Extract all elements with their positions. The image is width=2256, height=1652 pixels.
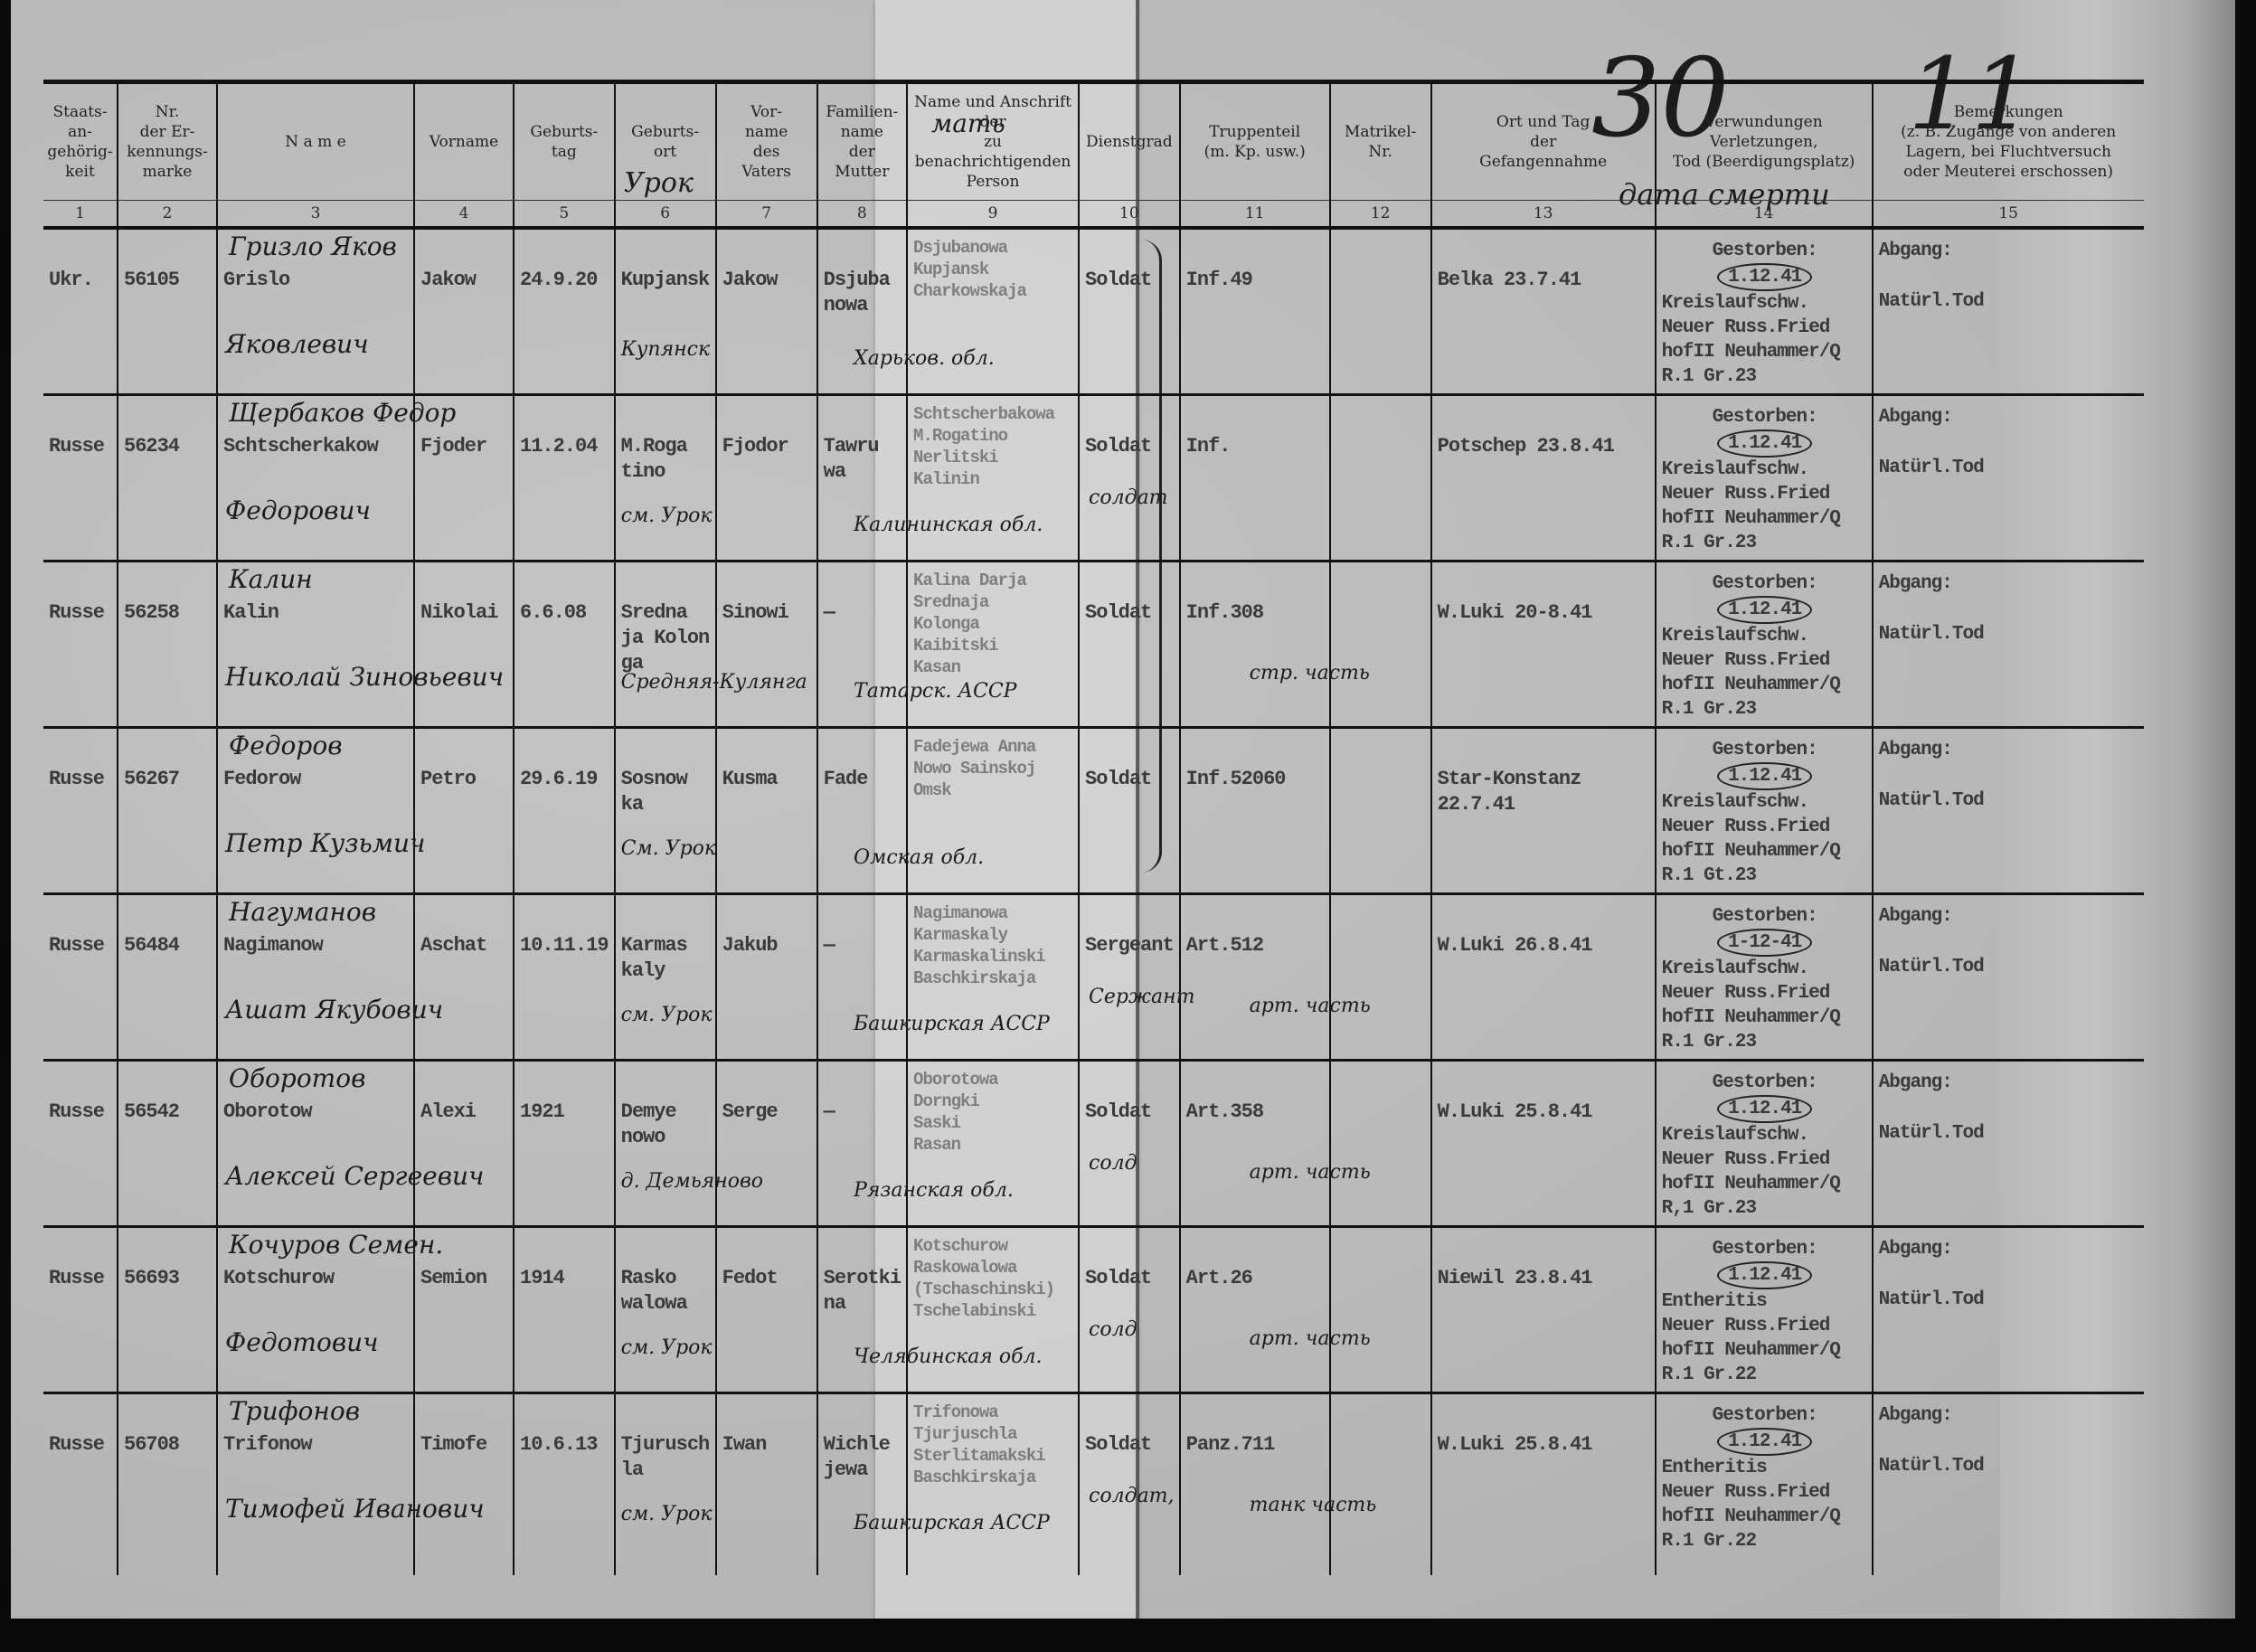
contact-person-cell-text: Dsjubanowa Kupjansk Charkowskaja xyxy=(908,230,1078,302)
matrikel-cell-text xyxy=(1331,1062,1430,1100)
mother-name-cell-text: Tawru wa xyxy=(818,396,906,485)
rank-cell-text: Soldat xyxy=(1080,1062,1179,1125)
burial-place: Neuer Russ.Fried hofII Neuhammer/Q R.1 G… xyxy=(1662,316,1868,389)
mother-name-cell-text: Fade xyxy=(818,729,906,792)
remarks-cell: Abgang:Natürl.Tod xyxy=(1873,893,2144,1060)
handwritten-surname: Калин xyxy=(229,564,313,594)
column-header-13: Ort und Tag der Gefangennahme xyxy=(1431,82,1656,201)
remark-text: Natürl.Tod xyxy=(1879,1121,2138,1147)
burial-place: Neuer Russ.Fried hofII Neuhammer/Q R.1 G… xyxy=(1662,648,1868,722)
matrikel-cell-text xyxy=(1331,396,1430,434)
surname-cell: NagimanowНагумановАшат Якубович xyxy=(217,893,414,1060)
death-date: 1-12-41 xyxy=(1717,929,1812,957)
contact-person-cell-text: Fadejewa Anna Nowo Sainskoj Omsk xyxy=(908,729,1078,801)
birth-place-cell-text: Demye nowo xyxy=(616,1062,715,1150)
nationality-cell-text: Russe xyxy=(43,396,117,459)
birth-date-cell-text: 10.11.19 xyxy=(514,895,614,958)
handwritten-patronymic: Федорович xyxy=(225,496,371,525)
nationality-cell: Ukr. xyxy=(43,228,118,394)
first-name-cell: Nikolai xyxy=(414,561,514,727)
tag-number-cell-text: 56105 xyxy=(118,230,216,293)
handwritten-region: Челябинская обл. xyxy=(854,1345,1043,1368)
unit-cell-text: Inf.52060 xyxy=(1181,729,1329,792)
column-header-12: Matrikel- Nr. xyxy=(1330,82,1431,201)
tag-number-cell: 56708 xyxy=(118,1392,217,1575)
remark-label: Abgang: xyxy=(1879,239,2138,264)
birth-place-cell: Karmas kalyсм. Урок xyxy=(615,893,716,1060)
capture-cell-text: W.Luki 20-8.41 xyxy=(1432,562,1655,626)
matrikel-cell-text xyxy=(1331,562,1430,600)
unit-cell: Panz.711 xyxy=(1180,1392,1330,1575)
nationality-cell: Russe xyxy=(43,727,118,893)
column-number-5: 5 xyxy=(514,201,615,229)
contact-person-cell: Kalina Darja Srednaja Kolonga Kaibitski … xyxy=(907,561,1079,727)
birth-date-cell: 29.6.19 xyxy=(514,727,615,893)
remarks-cell: Abgang:Natürl.Tod xyxy=(1873,394,2144,561)
birth-place-cell-text: Kupjansk xyxy=(616,230,715,293)
birth-place-cell: KupjanskКупянск xyxy=(615,228,716,394)
first-name-cell-text: Nikolai xyxy=(415,562,513,626)
capture-cell-text: W.Luki 25.8.41 xyxy=(1432,1062,1655,1125)
birth-place-cell: Demye nowoд. Демьяново xyxy=(615,1060,716,1226)
death-date: 1.12.41 xyxy=(1717,1428,1812,1456)
father-name-cell: Fedot xyxy=(716,1226,817,1392)
death-label: Gestorben: xyxy=(1662,239,1868,263)
remark-label: Abgang: xyxy=(1879,571,2138,597)
surname-cell: FedorowФедоровПетр Кузьмич xyxy=(217,727,414,893)
capture-cell-text: Niewil 23.8.41 xyxy=(1432,1228,1655,1291)
first-name-cell-text: Jakow xyxy=(415,230,513,293)
tag-number-cell: 56693 xyxy=(118,1226,217,1392)
contact-person-cell: Kotschurow Raskowalowa (Tschaschinski) T… xyxy=(907,1226,1079,1392)
column-number-8: 8 xyxy=(817,201,907,229)
first-name-cell: Petro xyxy=(414,727,514,893)
remarks-cell: Abgang:Natürl.Tod xyxy=(1873,1060,2144,1226)
rank-cell-text: Soldat xyxy=(1080,396,1179,459)
handwritten-birth-place: Купянск xyxy=(621,338,710,361)
contact-person-cell: Trifonowa Tjurjuschla Sterlitamakski Bas… xyxy=(907,1392,1079,1575)
contact-person-cell-text: Schtscherbakowa M.Rogatino Nerlitski Kal… xyxy=(908,396,1078,490)
handwritten-region: Омская обл. xyxy=(854,846,984,869)
table-row: Russe56484NagimanowНагумановАшат Якубови… xyxy=(43,893,2144,1060)
remarks-cell: Abgang:Natürl.Tod xyxy=(1873,1226,2144,1392)
mother-name-cell-text: — xyxy=(818,1062,906,1125)
column-header-3: N a m e xyxy=(217,82,414,201)
nationality-cell: Russe xyxy=(43,1060,118,1226)
surname-cell: OborotowОборотовАлексей Сергеевич xyxy=(217,1060,414,1226)
surname-cell: TrifonowТрифоновТимофей Иванович xyxy=(217,1392,414,1575)
handwritten-birth-place: См. Урок xyxy=(621,837,716,860)
handwritten-patronymic: Ашат Якубович xyxy=(225,995,443,1024)
column-header-2: Nr. der Er- kennungs- marke xyxy=(118,82,217,201)
rank-cell: Soldatсолдат xyxy=(1079,394,1180,561)
handwritten-surname: Трифонов xyxy=(229,1396,360,1426)
rank-cell: Soldat xyxy=(1079,727,1180,893)
handwritten-patronymic: Петр Кузьмич xyxy=(225,828,425,858)
nationality-cell: Russe xyxy=(43,893,118,1060)
death-date: 1.12.41 xyxy=(1717,596,1812,624)
capture-cell: W.Luki 20-8.41 xyxy=(1431,561,1656,727)
birth-place-cell-text: M.Roga tino xyxy=(616,396,715,485)
nationality-cell: Russe xyxy=(43,1392,118,1575)
death-cause: Entheritis xyxy=(1662,1289,1868,1314)
tag-number-cell-text: 56234 xyxy=(118,396,216,459)
death-info-cell: Gestorben:1.12.41Kreislaufschw.Neuer Rus… xyxy=(1656,228,1873,394)
matrikel-cell: стр. часть xyxy=(1330,561,1431,727)
unit-cell-text: Art.358 xyxy=(1181,1062,1329,1125)
death-info-cell: Gestorben:1.12.41EntheritisNeuer Russ.Fr… xyxy=(1656,1392,1873,1575)
rank-cell-text: Soldat xyxy=(1080,1394,1179,1458)
unit-cell: Art.358 xyxy=(1180,1060,1330,1226)
matrikel-cell: танк часть xyxy=(1330,1392,1431,1575)
table-row: Russe56267FedorowФедоровПетр КузьмичPetr… xyxy=(43,727,2144,893)
column-header-1: Staats- an- gehörig- keit xyxy=(43,82,118,201)
matrikel-cell: арт. часть xyxy=(1330,1226,1431,1392)
capture-cell: Star-Konstanz 22.7.41 xyxy=(1431,727,1656,893)
birth-date-cell: 10.11.19 xyxy=(514,893,615,1060)
matrikel-cell-text xyxy=(1331,895,1430,933)
father-name-cell-text: Fedot xyxy=(717,1228,817,1291)
contact-person-cell-text: Nagimanowa Karmaskaly Karmaskalinski Bas… xyxy=(908,895,1078,989)
death-info-cell: Gestorben:1.12.41EntheritisNeuer Russ.Fr… xyxy=(1656,1226,1873,1392)
tag-number-cell-text: 56693 xyxy=(118,1228,216,1291)
capture-cell: W.Luki 26.8.41 xyxy=(1431,893,1656,1060)
rank-cell: Soldatсолд xyxy=(1079,1060,1180,1226)
death-date: 1.12.41 xyxy=(1717,762,1812,790)
unit-cell: Art.26 xyxy=(1180,1226,1330,1392)
unit-cell-text: Panz.711 xyxy=(1181,1394,1329,1458)
contact-person-cell-text: Kotschurow Raskowalowa (Tschaschinski) T… xyxy=(908,1228,1078,1322)
table-row: Russe56693KotschurowКочуров Семен.Федото… xyxy=(43,1226,2144,1392)
table-row: Ukr.56105GrisloГризло ЯковЯковлевичJakow… xyxy=(43,228,2144,394)
column-header-15: Bemerkungen (z. B. Zugänge von anderen L… xyxy=(1873,82,2144,201)
column-number-row: 123456789101112131415 xyxy=(43,201,2144,229)
column-header-11: Truppenteil (m. Kp. usw.) xyxy=(1180,82,1330,201)
birth-place-cell: Rasko walowaсм. Урок xyxy=(615,1226,716,1392)
father-name-cell-text: Jakow xyxy=(717,230,817,293)
handwritten-surname: Оборотов xyxy=(229,1063,365,1093)
handwritten-unit: арт. часть xyxy=(1250,1327,1371,1350)
surname-cell: KotschurowКочуров Семен.Федотович xyxy=(217,1226,414,1392)
father-name-cell: Kusma xyxy=(716,727,817,893)
mother-name-cell-text: Wichle jewa xyxy=(818,1394,906,1483)
tag-number-cell-text: 56542 xyxy=(118,1062,216,1125)
burial-place: Neuer Russ.Fried hofII Neuhammer/Q R.1 G… xyxy=(1662,482,1868,555)
death-date: 1.12.41 xyxy=(1717,430,1812,458)
surname-cell: KalinКалинНиколай Зиновьевич xyxy=(217,561,414,727)
nationality-cell-text: Ukr. xyxy=(43,230,117,293)
birth-date-cell-text: 1914 xyxy=(514,1228,614,1291)
death-label: Gestorben: xyxy=(1662,571,1868,596)
prisoner-ledger-table: Staats- an- gehörig- keitNr. der Er- ken… xyxy=(43,80,2144,1575)
matrikel-cell-text xyxy=(1331,1228,1430,1266)
capture-cell-text: W.Luki 26.8.41 xyxy=(1432,895,1655,958)
capture-cell-text: Potschep 23.8.41 xyxy=(1432,396,1655,459)
column-header-8: Familien- name der Mutter xyxy=(817,82,907,201)
birth-date-cell-text: 29.6.19 xyxy=(514,729,614,792)
mother-name-cell-text: — xyxy=(818,895,906,958)
birth-place-cell-text: Rasko walowa xyxy=(616,1228,715,1317)
remark-text: Natürl.Tod xyxy=(1879,456,2138,481)
nationality-cell-text: Russe xyxy=(43,1228,117,1291)
unit-cell-text: Art.26 xyxy=(1181,1228,1329,1291)
father-name-cell-text: Kusma xyxy=(717,729,817,792)
nationality-cell-text: Russe xyxy=(43,562,117,626)
column-number-15: 15 xyxy=(1873,201,2144,229)
father-name-cell: Jakub xyxy=(716,893,817,1060)
handwritten-unit: танк часть xyxy=(1250,1494,1377,1516)
rank-cell: Soldatсолдат, xyxy=(1079,1392,1180,1575)
column-header-9: Name und Anschrift der zu benachrichtige… xyxy=(907,82,1079,201)
column-header-6: Geburts- ort xyxy=(615,82,716,201)
matrikel-cell xyxy=(1330,394,1431,561)
father-name-cell-text: Jakub xyxy=(717,895,817,958)
first-name-cell: Semion xyxy=(414,1226,514,1392)
remark-text: Natürl.Tod xyxy=(1879,955,2138,980)
column-header-14: Verwundungen Verletzungen, Tod (Beerdigu… xyxy=(1656,82,1873,201)
contact-person-cell-text: Trifonowa Tjurjuschla Sterlitamakski Bas… xyxy=(908,1394,1078,1488)
contact-person-cell: Oborotowa Dorngki Saski RasanРязанская о… xyxy=(907,1060,1079,1226)
death-label: Gestorben: xyxy=(1662,738,1868,762)
remark-text: Natürl.Tod xyxy=(1879,1288,2138,1313)
first-name-cell-text: Petro xyxy=(415,729,513,792)
death-label: Gestorben: xyxy=(1662,405,1868,430)
first-name-cell-text: Alexi xyxy=(415,1062,513,1125)
remark-label: Abgang: xyxy=(1879,1403,2138,1429)
handwritten-patronymic: Федотович xyxy=(225,1327,379,1357)
remarks-cell: Abgang:Natürl.Tod xyxy=(1873,727,2144,893)
birth-date-cell-text: 24.9.20 xyxy=(514,230,614,293)
death-date: 1.12.41 xyxy=(1717,263,1812,291)
handwritten-region: Татарск. АССР xyxy=(854,680,1016,703)
column-header-5: Geburts- tag xyxy=(514,82,615,201)
remark-text: Natürl.Tod xyxy=(1879,289,2138,315)
father-name-cell-text: Iwan xyxy=(717,1394,817,1458)
matrikel-cell: арт. часть xyxy=(1330,893,1431,1060)
birth-place-cell: Sredna ja Kolon gaСредняя-Кулянга xyxy=(615,561,716,727)
birth-date-cell-text: 1921 xyxy=(514,1062,614,1125)
death-label: Gestorben: xyxy=(1662,904,1868,929)
table-row: Russe56708TrifonowТрифоновТимофей Иванов… xyxy=(43,1392,2144,1575)
death-cause: Kreislaufschw. xyxy=(1662,458,1868,482)
mother-name-cell: Wichle jewa xyxy=(817,1392,907,1575)
handwritten-region: Харьков. обл. xyxy=(854,347,995,370)
unit-cell: Inf.308 xyxy=(1180,561,1330,727)
mother-name-cell-text: Serotki na xyxy=(818,1228,906,1317)
column-header-7: Vor- name des Vaters xyxy=(716,82,817,201)
remarks-cell: Abgang:Natürl.Tod xyxy=(1873,1392,2144,1575)
birth-date-cell: 1921 xyxy=(514,1060,615,1226)
matrikel-cell: арт. часть xyxy=(1330,1060,1431,1226)
death-cause: Kreislaufschw. xyxy=(1662,957,1868,981)
capture-cell-text: Belka 23.7.41 xyxy=(1432,230,1655,293)
tag-number-cell-text: 56267 xyxy=(118,729,216,792)
birth-date-cell-text: 10.6.13 xyxy=(514,1394,614,1458)
nationality-cell-text: Russe xyxy=(43,729,117,792)
remark-label: Abgang: xyxy=(1879,1071,2138,1096)
rank-cell: Soldat xyxy=(1079,228,1180,394)
remarks-cell: Abgang:Natürl.Tod xyxy=(1873,228,2144,394)
tag-number-cell: 56234 xyxy=(118,394,217,561)
contact-person-cell: Dsjubanowa Kupjansk CharkowskajaХарьков.… xyxy=(907,228,1079,394)
rank-cell-text: Soldat xyxy=(1080,1228,1179,1291)
capture-cell: W.Luki 25.8.41 xyxy=(1431,1060,1656,1226)
death-info-cell: Gestorben:1.12.41Kreislaufschw.Neuer Rus… xyxy=(1656,561,1873,727)
birth-place-cell-text: Sosnow ka xyxy=(616,729,715,817)
death-info-cell: Gestorben:1.12.41Kreislaufschw.Neuer Rus… xyxy=(1656,394,1873,561)
first-name-cell-text: Aschat xyxy=(415,895,513,958)
handwritten-surname: Федоров xyxy=(229,731,343,760)
first-name-cell: Timofe xyxy=(414,1392,514,1575)
column-number-10: 10 xyxy=(1079,201,1180,229)
surname-cell: GrisloГризло ЯковЯковлевич xyxy=(217,228,414,394)
nationality-cell: Russe xyxy=(43,394,118,561)
handwritten-patronymic: Яковлевич xyxy=(225,329,369,359)
remark-label: Abgang: xyxy=(1879,405,2138,430)
birth-place-cell: Sosnow kaСм. Урок xyxy=(615,727,716,893)
death-cause: Kreislaufschw. xyxy=(1662,291,1868,316)
nationality-cell-text: Russe xyxy=(43,895,117,958)
handwritten-birth-place: см. Урок xyxy=(621,1004,713,1026)
father-name-cell: Jakow xyxy=(716,228,817,394)
rank-cell: Soldatсолд xyxy=(1079,1226,1180,1392)
nationality-cell-text: Russe xyxy=(43,1062,117,1125)
contact-person-cell: Schtscherbakowa M.Rogatino Nerlitski Kal… xyxy=(907,394,1079,561)
column-number-3: 3 xyxy=(217,201,414,229)
remark-label: Abgang: xyxy=(1879,1237,2138,1262)
mother-name-cell-text: Dsjuba nowa xyxy=(818,230,906,318)
birth-date-cell: 11.2.04 xyxy=(514,394,615,561)
column-number-1: 1 xyxy=(43,201,118,229)
table-row: Russe56542OborotowОборотовАлексей Сергее… xyxy=(43,1060,2144,1226)
handwritten-surname: Кочуров Семен. xyxy=(229,1230,443,1260)
table-row: Russe56258KalinКалинНиколай ЗиновьевичNi… xyxy=(43,561,2144,727)
first-name-cell: Fjoder xyxy=(414,394,514,561)
unit-cell: Inf.49 xyxy=(1180,228,1330,394)
handwritten-rank: солд xyxy=(1089,1152,1137,1175)
remark-text: Natürl.Tod xyxy=(1879,622,2138,647)
handwritten-unit: арт. часть xyxy=(1250,1161,1371,1184)
tag-number-cell: 56267 xyxy=(118,727,217,893)
birth-place-cell-text: Tjurusch la xyxy=(616,1394,715,1483)
rank-cell: Soldat xyxy=(1079,561,1180,727)
burial-place: Neuer Russ.Fried hofII Neuhammer/Q R.1 G… xyxy=(1662,815,1868,888)
death-cause: Entheritis xyxy=(1662,1456,1868,1480)
remark-text: Natürl.Tod xyxy=(1879,1454,2138,1479)
column-number-11: 11 xyxy=(1180,201,1330,229)
first-name-cell: Alexi xyxy=(414,1060,514,1226)
birth-date-cell: 10.6.13 xyxy=(514,1392,615,1575)
column-number-7: 7 xyxy=(716,201,817,229)
unit-cell-text: Inf.49 xyxy=(1181,230,1329,293)
father-name-cell: Iwan xyxy=(716,1392,817,1575)
handwritten-unit: стр. часть xyxy=(1250,662,1370,684)
rank-cell-text: Soldat xyxy=(1080,230,1179,293)
unit-cell: Inf.52060 xyxy=(1180,727,1330,893)
matrikel-cell-text xyxy=(1331,1394,1430,1432)
handwritten-birth-place: см. Урок xyxy=(621,1336,713,1359)
tag-number-cell-text: 56708 xyxy=(118,1394,216,1458)
handwritten-surname: Нагуманов xyxy=(229,897,376,927)
death-label: Gestorben: xyxy=(1662,1071,1868,1095)
capture-cell-text: Star-Konstanz 22.7.41 xyxy=(1432,729,1655,817)
birth-place-cell: M.Roga tinoсм. Урок xyxy=(615,394,716,561)
death-label: Gestorben: xyxy=(1662,1403,1868,1428)
remark-label: Abgang: xyxy=(1879,738,2138,763)
column-number-13: 13 xyxy=(1431,201,1656,229)
death-info-cell: Gestorben:1.12.41Kreislaufschw.Neuer Rus… xyxy=(1656,727,1873,893)
capture-cell: Potschep 23.8.41 xyxy=(1431,394,1656,561)
unit-cell-text: Art.512 xyxy=(1181,895,1329,958)
capture-cell: Belka 23.7.41 xyxy=(1431,228,1656,394)
handwritten-birth-place: см. Урок xyxy=(621,1503,713,1525)
first-name-cell-text: Timofe xyxy=(415,1394,513,1458)
birth-date-cell: 1914 xyxy=(514,1226,615,1392)
death-cause: Kreislaufschw. xyxy=(1662,1123,1868,1147)
contact-person-cell-text: Oborotowa Dorngki Saski Rasan xyxy=(908,1062,1078,1156)
contact-person-cell: Fadejewa Anna Nowo Sainskoj OmskОмская о… xyxy=(907,727,1079,893)
capture-cell: Niewil 23.8.41 xyxy=(1431,1226,1656,1392)
tag-number-cell: 56484 xyxy=(118,893,217,1060)
nationality-cell: Russe xyxy=(43,1226,118,1392)
mother-name-cell-text: — xyxy=(818,562,906,626)
handwritten-region: Рязанская обл. xyxy=(854,1179,1014,1202)
death-date: 1.12.41 xyxy=(1717,1261,1812,1289)
rank-cell-text: Soldat xyxy=(1080,562,1179,626)
handwritten-surname: Гризло Яков xyxy=(229,231,397,261)
table-row: Russe56234SchtscherkakowЩербаков ФедорФе… xyxy=(43,394,2144,561)
tag-number-cell: 56105 xyxy=(118,228,217,394)
tag-number-cell: 56258 xyxy=(118,561,217,727)
birth-place-cell-text: Sredna ja Kolon ga xyxy=(616,562,715,676)
birth-date-cell: 24.9.20 xyxy=(514,228,615,394)
unit-cell-text: Inf. xyxy=(1181,396,1329,459)
burial-place: Neuer Russ.Fried hofII Neuhammer/Q R.1 G… xyxy=(1662,981,1868,1054)
death-date: 1.12.41 xyxy=(1717,1095,1812,1123)
death-label: Gestorben: xyxy=(1662,1237,1868,1261)
matrikel-cell xyxy=(1330,727,1431,893)
unit-cell: Inf. xyxy=(1180,394,1330,561)
nationality-cell: Russe xyxy=(43,561,118,727)
handwritten-rank: солдат xyxy=(1089,486,1168,509)
capture-cell: W.Luki 25.8.41 xyxy=(1431,1392,1656,1575)
birth-date-cell-text: 11.2.04 xyxy=(514,396,614,459)
column-number-6: 6 xyxy=(615,201,716,229)
unit-cell-text: Inf.308 xyxy=(1181,562,1329,626)
surname-cell: SchtscherkakowЩербаков ФедорФедорович xyxy=(217,394,414,561)
death-cause: Kreislaufschw. xyxy=(1662,624,1868,648)
column-number-2: 2 xyxy=(118,201,217,229)
handwritten-rank: солд xyxy=(1089,1318,1137,1341)
matrikel-cell xyxy=(1330,228,1431,394)
rank-cell-text: Soldat xyxy=(1080,729,1179,792)
unit-cell: Art.512 xyxy=(1180,893,1330,1060)
first-name-cell: Aschat xyxy=(414,893,514,1060)
father-name-cell: Sinowi xyxy=(716,561,817,727)
column-number-14: 14 xyxy=(1656,201,1873,229)
column-number-12: 12 xyxy=(1330,201,1431,229)
column-number-9: 9 xyxy=(907,201,1079,229)
birth-date-cell: 6.6.08 xyxy=(514,561,615,727)
death-cause: Kreislaufschw. xyxy=(1662,790,1868,815)
matrikel-cell-text xyxy=(1331,729,1430,767)
remarks-cell: Abgang:Natürl.Tod xyxy=(1873,561,2144,727)
burial-place: Neuer Russ.Fried hofII Neuhammer/Q R,1 G… xyxy=(1662,1147,1868,1221)
contact-person-cell-text: Kalina Darja Srednaja Kolonga Kaibitski … xyxy=(908,562,1078,678)
column-header-row: Staats- an- gehörig- keitNr. der Er- ken… xyxy=(43,82,2144,201)
tag-number-cell: 56542 xyxy=(118,1060,217,1226)
tag-number-cell-text: 56484 xyxy=(118,895,216,958)
